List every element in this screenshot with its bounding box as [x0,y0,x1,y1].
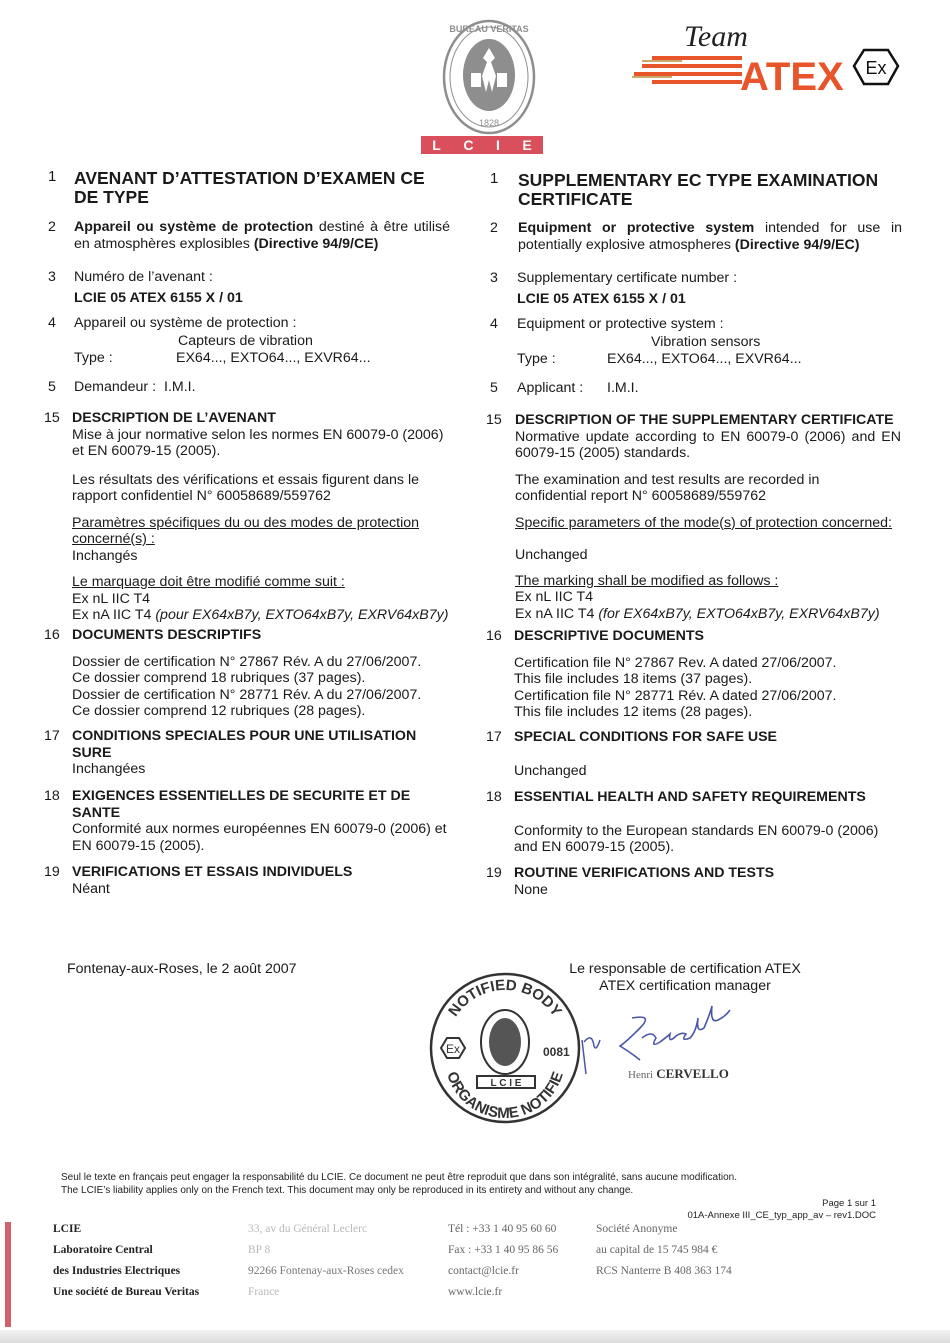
section-text: Unchanged [514,763,906,780]
section-4-fr: 4 Appareil ou système de protection : Ca… [44,315,464,367]
report-reference: Les résultats des vérifications et essai… [72,472,456,505]
params-value: Unchanged [515,547,901,564]
section-text: Conformity to the European standards EN … [514,823,894,856]
section-3-fr: 3 Numéro de l’avenant : LCIE 05 ATEX 615… [44,269,464,306]
disclaimer-en: The LCIE’s liability applies only on the… [61,1185,737,1198]
company-line: Une société de Bureau Veritas [53,1282,199,1303]
marking-2-note: (pour EX64xB7y, EXTO64xB7y, EXRV64xB7y) [155,607,448,623]
equipment-system-label: Appareil ou système de protection : [74,315,464,332]
phone: Tél : +33 1 40 95 60 60 [448,1219,558,1240]
certificate-number: LCIE 05 ATEX 6155 X / 01 [517,291,906,308]
section-16-body: DESCRIPTIVE DOCUMENTS Certification file… [514,628,906,721]
svg-text:0081: 0081 [543,1045,570,1059]
report-reference: The examination and test results are rec… [515,472,845,505]
signatory-first-name: Henri [628,1069,653,1081]
certificate-title-en: SUPPLEMENTARY EC TYPE EXAMINATION CERTIF… [518,171,898,209]
normative-update: Normative update according to EN 60079-0… [515,429,901,462]
section-17-body: SPECIAL CONDITIONS FOR SAFE USE Unchange… [514,729,906,779]
section-title: ESSENTIAL HEALTH AND SAFETY REQUIREMENTS [514,789,894,806]
section-2-en: 2 Equipment or protective system intende… [486,220,906,253]
document-line: This file includes 12 items (28 pages). [514,704,906,721]
svg-text:Ex: Ex [446,1042,460,1056]
section-text: Inchangées [72,761,432,778]
marking-1: Ex nL IIC T4 [515,589,901,606]
role-en: ATEX certification manager [540,978,830,995]
fax: Fax : +33 1 40 95 86 56 [448,1240,558,1261]
liability-disclaimer: Seul le texte en français peut engager l… [61,1172,737,1197]
lcie-logo-bar: L C I E [421,136,543,154]
marking-2: Ex nA IIC T4 (for EX64xB7y, EXTO64xB7y, … [515,606,901,623]
section-1-en: 1 SUPPLEMENTARY EC TYPE EXAMINATION CERT… [486,171,906,209]
section-number: 17 [486,729,510,746]
section-text: Conformité aux normes européennes EN 600… [72,821,456,854]
type-row: Type :EX64..., EXTO64..., EXVR64... [74,350,464,367]
section-number: 4 [48,315,72,332]
section-text: Néant [72,881,464,898]
lcie-letter: L [432,137,441,153]
section-title: CONDITIONS SPECIALES POUR UNE UTILISATIO… [72,728,432,761]
section-15-body: DESCRIPTION OF THE SUPPLEMENTARY CERTIFI… [515,412,901,622]
page-info: Page 1 sur 1 01A-Annexe III_CE_typ_app_a… [600,1198,876,1221]
applicant-value: I.M.I. [607,380,639,397]
address-line: France [248,1282,404,1303]
company-line: des Industries Electriques [53,1261,199,1282]
marking-label: Le marquage doit être modifié comme suit… [72,574,456,591]
disclaimer-fr: Seul le texte en français peut engager l… [61,1172,737,1185]
marking-2-note: (for EX64xB7y, EXTO64xB7y, EXRV64xB7y) [598,606,879,622]
section-title: EXIGENCES ESSENTIELLES DE SECURITE ET DE… [72,788,432,821]
section-18-body: EXIGENCES ESSENTIELLES DE SECURITE ET DE… [72,788,456,854]
section-4-en: 4 Equipment or protective system : Vibra… [486,316,906,368]
company-line: LCIE [53,1219,199,1240]
place-and-date: Fontenay-aux-Roses, le 2 août 2007 [67,961,297,977]
documents-list: Dossier de certification N° 27867 Rév. A… [72,654,464,720]
section-5-fr: 5 Demandeur :I.M.I. [44,379,464,396]
section-number: 2 [48,219,72,236]
section-number: 3 [490,270,514,287]
role-fr: Le responsable de certification ATEX [540,961,830,978]
section-number: 2 [490,220,514,237]
website-link[interactable]: www.lcie.fr [448,1282,558,1303]
page-number: Page 1 sur 1 [600,1198,876,1210]
svg-text:Team: Team [684,20,748,53]
params-label: Paramètres spécifiques du ou des modes d… [72,515,456,548]
equipment-system-label: Equipment or protective system : [517,316,906,333]
section-number: 1 [48,169,72,186]
section-19-body: ROUTINE VERIFICATIONS AND TESTS None [514,865,906,898]
section-number: 16 [486,628,510,645]
normative-update: Mise à jour normative selon les normes E… [72,427,456,460]
lcie-letter: I [496,137,500,153]
marking-1: Ex nL IIC T4 [72,591,456,608]
svg-text:Ex: Ex [865,58,886,78]
section-15-fr: 15 DESCRIPTION DE L’AVENANT Mise à jour … [44,410,464,624]
document-line: This file includes 18 items (37 pages). [514,671,906,688]
page-bottom-shadow [0,1330,950,1343]
section-19-en: 19 ROUTINE VERIFICATIONS AND TESTS None [486,865,906,898]
section-18-fr: 18 EXIGENCES ESSENTIELLES DE SECURITE ET… [44,788,464,854]
applicant-label: Demandeur : [74,379,164,396]
marking-2: Ex nA IIC T4 (pour EX64xB7y, EXTO64xB7y,… [72,607,456,624]
type-value: EX64..., EXTO64..., EXVR64... [176,350,371,367]
section-number: 16 [44,627,68,644]
lcie-letter: E [522,137,531,153]
section-number: 4 [490,316,514,333]
section-number: 5 [48,379,72,396]
section-number: 18 [486,789,510,806]
equipment-label: Equipment or protective system [518,220,754,236]
section-19-fr: 19 VERIFICATIONS ET ESSAIS INDIVIDUELS N… [44,864,464,897]
footer-company: LCIE Laboratoire Central des Industries … [53,1219,199,1303]
section-number: 5 [490,380,514,397]
section-number: 17 [44,728,68,745]
document-line: Certification file N° 28771 Rév. A dated… [514,688,906,705]
footer-address: 33, av du Général Leclerc BP 8 92266 Fon… [248,1219,404,1303]
document-line: Ce dossier comprend 12 rubriques (28 pag… [72,703,464,720]
section-3-en: 3 Supplementary certificate number : LCI… [486,270,906,307]
directive: (Directive 94/9/CE) [254,236,379,252]
certificate-title-fr: AVENANT D’ATTESTATION D’EXAMEN CE DE TYP… [74,169,444,207]
company-line: Laboratoire Central [53,1240,199,1261]
section-2-fr: 2 Appareil ou système de protection dest… [44,219,464,252]
team-atex-logo: Team ATEX Ex [632,18,906,98]
section-5-en: 5 Applicant :I.M.I. [486,380,906,397]
legal-line: au capital de 15 745 984 € [596,1240,732,1261]
section-number: 15 [44,410,68,427]
address-line: 33, av du Général Leclerc [248,1219,404,1240]
section-17-fr: 17 CONDITIONS SPECIALES POUR UNE UTILISA… [44,728,464,778]
section-2-text: Equipment or protective system intended … [518,220,902,253]
product-name: Capteurs de vibration [74,333,464,350]
section-16-body: DOCUMENTS DESCRIPTIFS Dossier de certifi… [72,627,464,720]
section-15-en: 15 DESCRIPTION OF THE SUPPLEMENTARY CERT… [486,412,906,622]
type-value: EX64..., EXTO64..., EXVR64... [607,351,802,368]
svg-text:BUREAU VERITAS: BUREAU VERITAS [449,24,528,34]
svg-text:L C I E: L C I E [491,1078,522,1089]
section-1-fr: 1 AVENANT D’ATTESTATION D’EXAMEN CE DE T… [44,169,464,207]
section-16-fr: 16 DOCUMENTS DESCRIPTIFS Dossier de cert… [44,627,464,720]
document-line: Dossier de certification N° 27867 Rév. A… [72,654,464,671]
equipment-label: Appareil ou système de protection [74,219,313,235]
marking-2-code: Ex nA IIC T4 [515,606,598,622]
section-17-en: 17 SPECIAL CONDITIONS FOR SAFE USE Uncha… [486,729,906,779]
email-link[interactable]: contact@lcie.fr [448,1261,558,1282]
document-line: Dossier de certification N° 28771 Rév. A… [72,687,464,704]
applicant-row: Applicant :I.M.I. [517,380,906,397]
svg-text:1828: 1828 [479,118,499,128]
product-name: Vibration sensors [517,334,906,351]
section-17-body: CONDITIONS SPECIALES POUR UNE UTILISATIO… [72,728,432,778]
legal-line: Société Anonyme [596,1219,732,1240]
type-label: Type : [74,350,176,367]
document-line: Certification file N° 27867 Rev. A dated… [514,655,906,672]
certificate-number-label: Supplementary certificate number : [517,270,906,287]
section-title: VERIFICATIONS ET ESSAIS INDIVIDUELS [72,864,464,881]
applicant-label: Applicant : [517,380,607,397]
section-text: None [514,882,906,899]
marking-label: The marking shall be modified as follows… [515,573,901,590]
params-value: Inchangés [72,548,456,565]
signatory-name: Henri CERVELLO [628,1066,729,1082]
signatory-last-name: CERVELLO [656,1066,729,1081]
section-number: 3 [48,269,72,286]
documents-list: Certification file N° 27867 Rev. A dated… [514,655,906,721]
section-number: 15 [486,412,510,429]
lcie-letter: C [463,137,473,153]
section-19-body: VERIFICATIONS ET ESSAIS INDIVIDUELS Néan… [72,864,464,897]
footer-red-strip [5,1222,11,1327]
section-number: 19 [486,865,510,882]
certification-manager-title: Le responsable de certification ATEX ATE… [540,961,830,994]
certificate-number: LCIE 05 ATEX 6155 X / 01 [74,290,464,307]
footer-contact: Tél : +33 1 40 95 60 60 Fax : +33 1 40 9… [448,1219,558,1303]
type-label: Type : [517,351,607,368]
applicant-value: I.M.I. [164,379,196,396]
section-title: ROUTINE VERIFICATIONS AND TESTS [514,865,906,882]
section-18-en: 18 ESSENTIAL HEALTH AND SAFETY REQUIREME… [486,789,906,856]
section-number: 1 [490,171,514,188]
section-number: 19 [44,864,68,881]
legal-line: RCS Nanterre B 408 363 174 [596,1261,732,1282]
certificate-number-label: Numéro de l’avenant : [74,269,464,286]
svg-text:ATEX: ATEX [740,55,844,98]
footer-legal: Société Anonyme au capital de 15 745 984… [596,1219,732,1282]
bureau-veritas-logo: BUREAU VERITAS 1828 [441,18,537,136]
section-number: 18 [44,788,68,805]
section-title: DESCRIPTION OF THE SUPPLEMENTARY CERTIFI… [515,412,901,429]
applicant-row: Demandeur :I.M.I. [74,379,464,396]
section-2-text: Appareil ou système de protection destin… [74,219,450,252]
section-title: DESCRIPTIVE DOCUMENTS [514,628,906,645]
section-15-body: DESCRIPTION DE L’AVENANT Mise à jour nor… [72,410,456,624]
section-16-en: 16 DESCRIPTIVE DOCUMENTS Certification f… [486,628,906,721]
address-line: BP 8 [248,1240,404,1261]
marking-2-code: Ex nA IIC T4 [72,607,155,623]
section-title: DESCRIPTION DE L’AVENANT [72,410,456,427]
section-18-body: ESSENTIAL HEALTH AND SAFETY REQUIREMENTS… [514,789,894,856]
directive: (Directive 94/9/EC) [735,237,860,253]
params-label: Specific parameters of the mode(s) of pr… [515,515,901,532]
section-title: SPECIAL CONDITIONS FOR SAFE USE [514,729,906,746]
section-title: DOCUMENTS DESCRIPTIFS [72,627,464,644]
type-row: Type :EX64..., EXTO64..., EXVR64... [517,351,906,368]
address-line: 92266 Fontenay-aux-Roses cedex [248,1261,404,1282]
notified-body-stamp: NOTIFIED BODY ORGANISME NOTIFIE L C I E … [427,970,583,1126]
document-line: Ce dossier comprend 18 rubriques (37 pag… [72,670,464,687]
